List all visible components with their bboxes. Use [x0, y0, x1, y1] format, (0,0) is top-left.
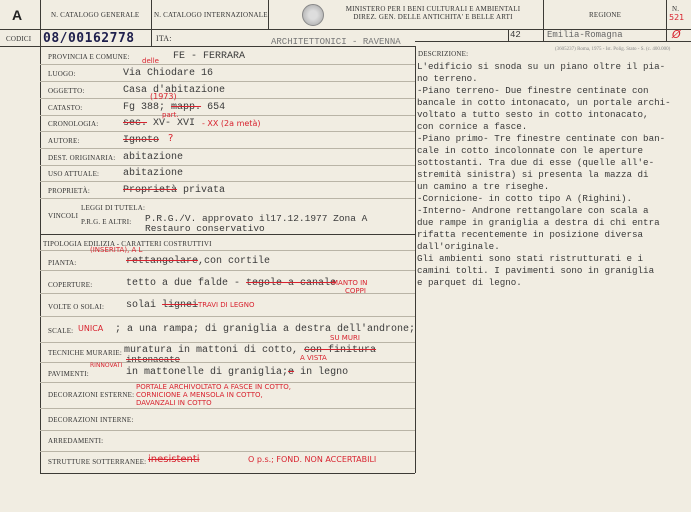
- strutture-sotterranee-struck: inesistenti: [148, 454, 200, 465]
- dest-originaria-label: DEST. ORIGINARIA:: [48, 154, 115, 162]
- col-divider-4: [543, 0, 544, 42]
- provincia-label: PROVINCIA E COMUNE:: [48, 53, 130, 61]
- descrizione-line: sottostanti. Tra due di esse (quelle all…: [417, 157, 671, 169]
- center-rule: [415, 46, 416, 473]
- luogo-value: Via Chiodare 16: [123, 68, 213, 79]
- left-margin-rule: [40, 0, 41, 473]
- volte-solai-label: VOLTE o SOLAI:: [48, 303, 104, 311]
- prg-label: P.R.G. E ALTRI:: [81, 218, 131, 226]
- provincia-value: FE - FERRARA: [173, 51, 245, 62]
- proprieta-label: PROPRIETÀ:: [48, 187, 90, 195]
- codici-label: CODICI: [6, 35, 31, 43]
- tecniche-murarie-annotation: A VISTA: [300, 354, 327, 362]
- decorazioni-esterne-line-1: PORTALE ARCHIVOLTATO A FASCE IN COTTO,: [136, 383, 291, 391]
- scale-label: SCALE:: [48, 327, 73, 335]
- col-divider-1: [151, 0, 152, 46]
- decorazioni-esterne-line-2: CORNICIONE A MENSOLA IN COTTO,: [136, 391, 291, 399]
- ministry-line-2: DIREZ. GEN. DELLE ANTICHITA' E BELLE ART…: [328, 13, 538, 21]
- descrizione-text: L'edificio si snoda su un piano oltre il…: [417, 61, 671, 289]
- strutture-sotterranee-label: STRUTTURE SOTTERRANEE:: [48, 458, 146, 466]
- decorazioni-esterne-annotation: PORTALE ARCHIVOLTATO A FASCE IN COTTO, C…: [136, 383, 291, 407]
- descrizione-line: camini tolti. I pavimenti sono in granig…: [417, 265, 671, 277]
- pianta-value: rettangolare,con cortile: [126, 256, 270, 267]
- regione-divider: [415, 41, 691, 42]
- vincoli-label: VINCOLI: [48, 212, 78, 220]
- descrizione-line: -Piano primo- Tre finestre centinate con…: [417, 133, 671, 145]
- oggetto-label: OGGETTO:: [48, 87, 84, 95]
- pavimenti-struck: e: [288, 367, 294, 378]
- vincoli-value: P.R.G./V. approvato il17.12.1977 Zona A …: [145, 214, 367, 234]
- catalogo-generale-value: 08/00162778: [43, 31, 135, 46]
- coperture-annotation-1: MANTO IN: [332, 279, 367, 287]
- coperture-tetto: tetto a due falde -: [126, 278, 240, 289]
- descrizione-line: stremità sinistra) si presenta la mazza …: [417, 169, 671, 181]
- luogo-label: LUOGO:: [48, 70, 76, 78]
- volte-solai-annotation: TRAVI DI LEGNO: [198, 301, 254, 309]
- descrizione-line: dall'originale.: [417, 241, 671, 253]
- dest-originaria-value: abitazione: [123, 152, 183, 163]
- proprieta-type: privata: [183, 185, 225, 196]
- pavimenti-value: in mattonelle di graniglia;e in legno: [126, 367, 348, 378]
- ita-label: ITA:: [156, 34, 172, 43]
- scale-value: ; a una rampa; di graniglia a destra del…: [115, 324, 415, 335]
- catalogo-generale-header: N. CATALOGO GENERALE: [51, 11, 139, 19]
- pianta-struck: rettangolare: [126, 256, 198, 267]
- col-divider-3: [508, 29, 509, 42]
- descrizione-line: -Piano terreno- Due finestre centinate c…: [417, 85, 671, 97]
- tecniche-murarie-struck-2: intonacate: [126, 355, 180, 365]
- pavimenti-label: PAVIMENTI:: [48, 370, 89, 378]
- n-value: 521: [669, 13, 684, 22]
- empty-mark: Ø: [672, 28, 681, 41]
- ministry-heading: MINISTERO PER I BENI CULTURALI E AMBIENT…: [328, 5, 538, 21]
- luogo-annotation: delle: [142, 57, 159, 65]
- tecniche-murarie-label: TECNICHE MURARIE:: [48, 349, 122, 357]
- arredamenti-label: ARREDAMENTI:: [48, 437, 103, 445]
- uso-attuale-value: abitazione: [123, 168, 183, 179]
- descrizione-label: DESCRIZIONE:: [418, 50, 468, 58]
- descrizione-line: due rampe in graniglia a destra di chi e…: [417, 217, 671, 229]
- printer-note: (3605237) Roma, 1975 - Ist. Polig. Stato…: [555, 47, 670, 52]
- volte-solai-value: solai lignei: [126, 300, 198, 311]
- descrizione-line: voltato a tutto sesto in cotto intonacat…: [417, 109, 671, 121]
- soprintendenza-value: ARCHITETTONICI - RAVENNA: [271, 37, 401, 47]
- cronologia-century: XV- XVI: [153, 118, 195, 129]
- coperture-label: COPERTURE:: [48, 281, 92, 289]
- proprieta-value: Proprietà privata: [123, 185, 225, 196]
- catasto-foglio: Fg 388;: [123, 102, 165, 113]
- regione-value: Emilia-Romagna: [547, 30, 623, 40]
- descrizione-line: con cornice a fasce.: [417, 121, 671, 133]
- emblem-icon: [302, 4, 324, 26]
- decorazioni-interne-label: DECORAZIONI INTERNE:: [48, 416, 133, 424]
- col-divider-2: [268, 0, 269, 29]
- autore-annotation: ?: [168, 133, 173, 144]
- autore-label: AUTORE:: [48, 137, 80, 145]
- pavimenti-graniglia: in mattonelle di graniglia;: [126, 367, 288, 378]
- scale-annotation-2: SU MURI: [330, 334, 360, 342]
- pavimenti-legno: in legno: [300, 367, 348, 378]
- descrizione-line: bancale in cotto intonacato, un portale …: [417, 97, 671, 109]
- catalogo-internazionale-header: N. CATALOGO INTERNAZIONALE: [154, 11, 268, 19]
- catasto-mappale: 654: [207, 102, 225, 113]
- descrizione-line: -Interno- Androne rettangolare con scala…: [417, 205, 671, 217]
- luogo-pre: Via: [123, 68, 141, 79]
- coperture-struck: tegole a canale: [246, 278, 336, 289]
- uso-attuale-label: USO ATTUALE:: [48, 170, 99, 178]
- autore-struck: Ignoto: [123, 135, 159, 146]
- volte-solai-struck: lignei: [162, 300, 198, 311]
- luogo-post: Chiodare 16: [147, 68, 213, 79]
- volte-solai-solai: solai: [126, 300, 156, 311]
- pavimenti-annotation: RINNOVATI: [90, 362, 122, 369]
- proprieta-struck: Proprietà: [123, 185, 177, 196]
- scale-annotation: UNICA: [78, 324, 103, 333]
- decorazioni-esterne-label: DECORAZIONI ESTERNE:: [48, 391, 134, 399]
- pianta-cortile: ,con cortile: [198, 256, 270, 267]
- cronologia-annotation: - XX (2a metà): [202, 119, 260, 128]
- n-header: N.: [672, 5, 679, 13]
- leggi-tutela-label: LEGGI DI TUTELA:: [81, 204, 145, 212]
- form-letter: A: [12, 7, 22, 23]
- descrizione-line: Gli ambienti sono stati ristrutturati e …: [417, 253, 671, 265]
- ministry-line-1: MINISTERO PER I BENI CULTURALI E AMBIENT…: [328, 5, 538, 13]
- cronologia-value: sec. XV- XVI: [123, 118, 195, 129]
- catasto-annotation-year: (1973): [150, 92, 177, 101]
- descrizione-line: cale in cotto incolonnate con le apertur…: [417, 145, 671, 157]
- coperture-annotation-2: COPPI: [345, 287, 366, 295]
- pianta-annotation: (INSERITA), A L: [90, 246, 142, 254]
- cronologia-struck: sec.: [123, 118, 147, 129]
- bottom-rule: [40, 473, 415, 474]
- col-divider-5: [666, 0, 667, 42]
- regione-header: REGIONE: [589, 11, 621, 19]
- descrizione-line: un camino a tre riseghe.: [417, 181, 671, 193]
- descrizione-line: -Cornicione- in cotto tipo A (Righini).: [417, 193, 671, 205]
- coperture-value: tetto a due falde - tegole a canale: [126, 278, 336, 289]
- pianta-label: PIANTA:: [48, 259, 76, 267]
- descrizione-line: L'edificio si snoda su un piano oltre il…: [417, 61, 671, 73]
- descrizione-line: no terreno.: [417, 73, 671, 85]
- descrizione-line: rifatta recentemente in posizione divers…: [417, 229, 671, 241]
- descrizione-line: e parquet di legno.: [417, 277, 671, 289]
- decorazioni-esterne-line-3: DAVANZALI IN COTTO: [136, 399, 291, 407]
- vincoli-line-2: Restauro conservativo: [145, 224, 367, 234]
- code-42: 42: [510, 30, 521, 40]
- cronologia-label: CRONOLOGIA:: [48, 120, 98, 128]
- catasto-label: CATASTO:: [48, 104, 82, 112]
- strutture-sotterranee-annotation: O p.s.; FOND. NON ACCERTABILI: [248, 455, 376, 464]
